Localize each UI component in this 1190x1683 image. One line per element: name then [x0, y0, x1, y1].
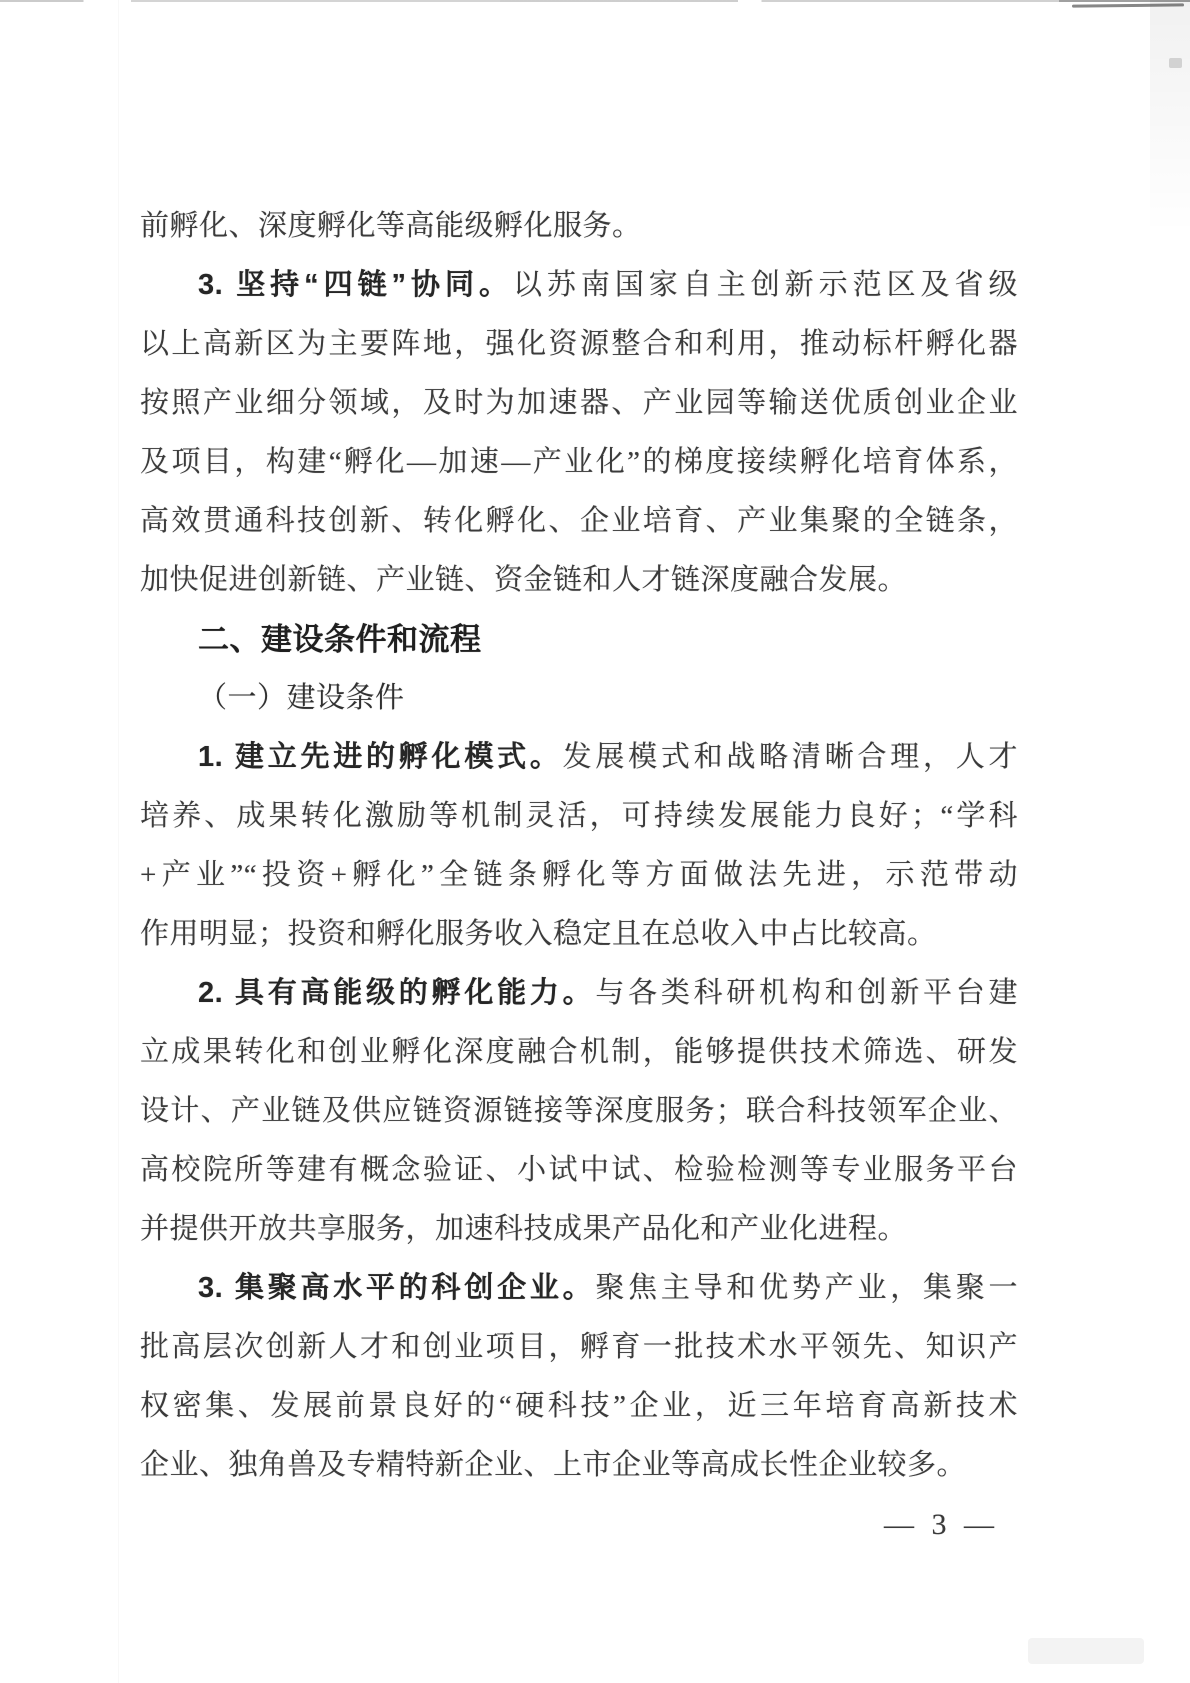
- scan-artifact-top-right-dash: [1072, 3, 1184, 7]
- text-line: 高效贯通科技创新、转化孵化、企业培育、产业集聚的全链条，: [140, 492, 1018, 551]
- text-segment-lead: 1. 建立先进的孵化模式。: [198, 741, 563, 773]
- scan-artifact-bottom-smudge: [1028, 1638, 1144, 1664]
- text-segment-body: 权密集、发展前景良好的“硬科技”企业，近三年培育高新技术: [140, 1390, 1018, 1422]
- text-segment-body: 并提供开放共享服务，加速科技成果产品化和产业化进程。: [140, 1213, 907, 1245]
- text-segment-body: +产业”“投资+孵化”全链条孵化等方面做法先进，示范带动: [140, 859, 1018, 891]
- text-segment-body: 发展模式和战略清晰合理，人才: [563, 741, 1018, 773]
- text-line: （一）建设条件: [140, 669, 1018, 728]
- text-line: 按照产业细分领域，及时为加速器、产业园等输送优质创业企业: [140, 374, 1018, 433]
- text-line: 3. 集聚高水平的科创企业。聚焦主导和优势产业，集聚一: [140, 1259, 1018, 1318]
- text-line: 二、建设条件和流程: [140, 610, 1018, 669]
- text-segment-body: 与各类科研机构和创新平台建: [595, 977, 1018, 1009]
- text-line: 3. 坚持“四链”协同。以苏南国家自主创新示范区及省级: [140, 256, 1018, 315]
- text-segment-body: 聚焦主导和优势产业，集聚一: [595, 1272, 1018, 1304]
- text-segment-kai: （一）建设条件: [198, 682, 405, 714]
- text-line: 并提供开放共享服务，加速科技成果产品化和产业化进程。: [140, 1200, 1018, 1259]
- text-line: 设计、产业链及供应链资源链接等深度服务；联合科技领军企业、: [140, 1082, 1018, 1141]
- scan-artifact-speck: [1169, 58, 1182, 68]
- text-segment-body: 培养、成果转化激励等机制灵活，可持续发展能力良好；“学科: [140, 800, 1018, 832]
- scan-artifact-top-edge-line: [0, 0, 1190, 2]
- text-segment-body: 加快促进创新链、产业链、资金链和人才链深度融合发展。: [140, 564, 907, 596]
- text-line: 企业、独角兽及专精特新企业、上市企业等高成长性企业较多。: [140, 1436, 1018, 1495]
- text-segment-body: 作用明显；投资和孵化服务收入稳定且在总收入中占比较高。: [140, 918, 937, 950]
- document-body-text: 前孵化、深度孵化等高能级孵化服务。3. 坚持“四链”协同。以苏南国家自主创新示范…: [140, 197, 1018, 1495]
- text-segment-body: 前孵化、深度孵化等高能级孵化服务。: [140, 210, 642, 242]
- text-line: 前孵化、深度孵化等高能级孵化服务。: [140, 197, 1018, 256]
- text-line: 作用明显；投资和孵化服务收入稳定且在总收入中占比较高。: [140, 905, 1018, 964]
- text-segment-heading: 二、建设条件和流程: [198, 622, 482, 657]
- text-segment-body: 以苏南国家自主创新示范区及省级: [513, 269, 1018, 301]
- text-line: 1. 建立先进的孵化模式。发展模式和战略清晰合理，人才: [140, 728, 1018, 787]
- page-number: — 3 —: [884, 1508, 999, 1542]
- text-line: 以上高新区为主要阵地，强化资源整合和利用，推动标杆孵化器: [140, 315, 1018, 374]
- text-line: 及项目，构建“孵化—加速—产业化”的梯度接续孵化培育体系，: [140, 433, 1018, 492]
- text-segment-body: 立成果转化和创业孵化深度融合机制，能够提供技术筛选、研发: [140, 1036, 1018, 1068]
- document-page: 前孵化、深度孵化等高能级孵化服务。3. 坚持“四链”协同。以苏南国家自主创新示范…: [0, 0, 1190, 1683]
- text-segment-body: 高效贯通科技创新、转化孵化、企业培育、产业集聚的全链条，: [140, 505, 1018, 537]
- text-segment-body: 设计、产业链及供应链资源链接等深度服务；联合科技领军企业、: [140, 1095, 1018, 1127]
- text-segment-body: 按照产业细分领域，及时为加速器、产业园等输送优质创业企业: [140, 387, 1018, 419]
- text-segment-body: 企业、独角兽及专精特新企业、上市企业等高成长性企业较多。: [140, 1449, 966, 1481]
- scan-artifact-fold-line: [118, 0, 119, 1683]
- text-line: +产业”“投资+孵化”全链条孵化等方面做法先进，示范带动: [140, 846, 1018, 905]
- scan-artifact-right-shadow-band: [1150, 0, 1190, 235]
- text-segment-body: 批高层次创新人才和创业项目，孵育一批技术水平领先、知识产: [140, 1331, 1018, 1363]
- text-line: 权密集、发展前景良好的“硬科技”企业，近三年培育高新技术: [140, 1377, 1018, 1436]
- text-segment-lead: 2. 具有高能级的孵化能力。: [198, 977, 595, 1009]
- text-line: 加快促进创新链、产业链、资金链和人才链深度融合发展。: [140, 551, 1018, 610]
- text-line: 2. 具有高能级的孵化能力。与各类科研机构和创新平台建: [140, 964, 1018, 1023]
- text-line: 培养、成果转化激励等机制灵活，可持续发展能力良好；“学科: [140, 787, 1018, 846]
- text-line: 批高层次创新人才和创业项目，孵育一批技术水平领先、知识产: [140, 1318, 1018, 1377]
- text-segment-body: 高校院所等建有概念验证、小试中试、检验检测等专业服务平台: [140, 1154, 1018, 1186]
- text-segment-body: 及项目，构建“孵化—加速—产业化”的梯度接续孵化培育体系，: [140, 446, 1018, 478]
- text-segment-lead: 3. 坚持“四链”协同。: [198, 269, 513, 301]
- text-segment-body: 以上高新区为主要阵地，强化资源整合和利用，推动标杆孵化器: [140, 328, 1018, 360]
- text-segment-lead: 3. 集聚高水平的科创企业。: [198, 1272, 595, 1304]
- text-line: 立成果转化和创业孵化深度融合机制，能够提供技术筛选、研发: [140, 1023, 1018, 1082]
- text-line: 高校院所等建有概念验证、小试中试、检验检测等专业服务平台: [140, 1141, 1018, 1200]
